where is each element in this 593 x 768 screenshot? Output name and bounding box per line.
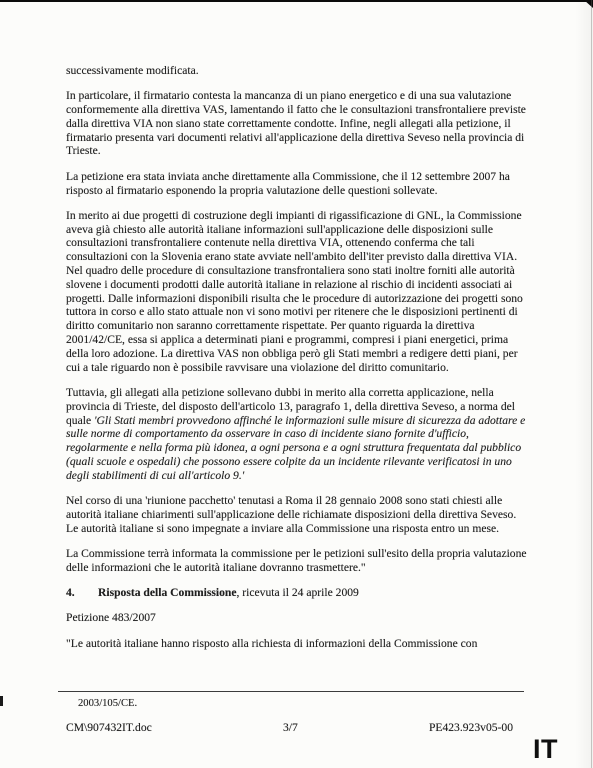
text-segment: 'Gli Stati membri provvedono affinché le…: [66, 414, 525, 482]
document-body: successivamente modificata. In particola…: [66, 64, 528, 662]
petition-number-line: Petizione 483/2007: [66, 611, 528, 625]
body-paragraph-with-quote: Tuttavia, gli allegati alla petizione so…: [66, 386, 528, 483]
text-segment: Petizione 483/2007: [66, 611, 156, 624]
body-paragraph: Nel corso di una 'riunione pacchetto' te…: [66, 494, 528, 535]
text-segment: , ricevuta il 24 aprile 2009: [237, 586, 359, 599]
scanned-document-page: successivamente modificata. In particola…: [0, 0, 593, 768]
text-segment: La petizione era stata inviata anche dir…: [66, 170, 510, 197]
footer-pe-reference: PE423.923v05-00: [429, 721, 513, 735]
scan-top-edge-artifact: [0, 0, 593, 2]
body-paragraph: La petizione era stata inviata anche dir…: [66, 170, 528, 198]
text-segment: In particolare, il firmatario contesta l…: [66, 89, 526, 157]
body-paragraph: "Le autorità italiane hanno risposto all…: [66, 637, 528, 651]
section-heading: 4. Risposta della Commissione, ricevuta …: [66, 586, 528, 600]
footnote-separator-rule: [58, 691, 524, 692]
section-number: 4.: [66, 586, 98, 600]
scan-right-edge-artifact: [591, 0, 592, 768]
body-paragraph: In particolare, il firmatario contesta l…: [66, 89, 528, 158]
section-title: Risposta della Commissione, ricevuta il …: [98, 586, 359, 600]
text-segment: Nel corso di una 'riunione pacchetto' te…: [66, 494, 516, 535]
text-segment: Risposta della Commissione: [98, 586, 237, 599]
body-paragraph: La Commissione terrà informata la commis…: [66, 547, 528, 575]
body-paragraph: In merito ai due progetti di costruzione…: [66, 209, 528, 375]
footer-page-number: 3/7: [283, 721, 298, 735]
body-paragraph: successivamente modificata.: [66, 64, 528, 78]
scan-left-speck-artifact: [0, 696, 3, 706]
footnote-text: 2003/105/CE.: [78, 697, 137, 710]
footer-document-reference: CM\907432IT.doc: [66, 721, 152, 735]
text-segment: La Commissione terrà informata la commis…: [66, 547, 527, 574]
language-stamp: IT: [533, 734, 558, 764]
text-segment: In merito ai due progetti di costruzione…: [66, 209, 523, 374]
text-segment: successivamente modificata.: [66, 64, 199, 77]
text-segment: "Le autorità italiane hanno risposto all…: [66, 637, 477, 650]
page-footer: CM\907432IT.doc 3/7 PE423.923v05-00: [66, 721, 513, 735]
